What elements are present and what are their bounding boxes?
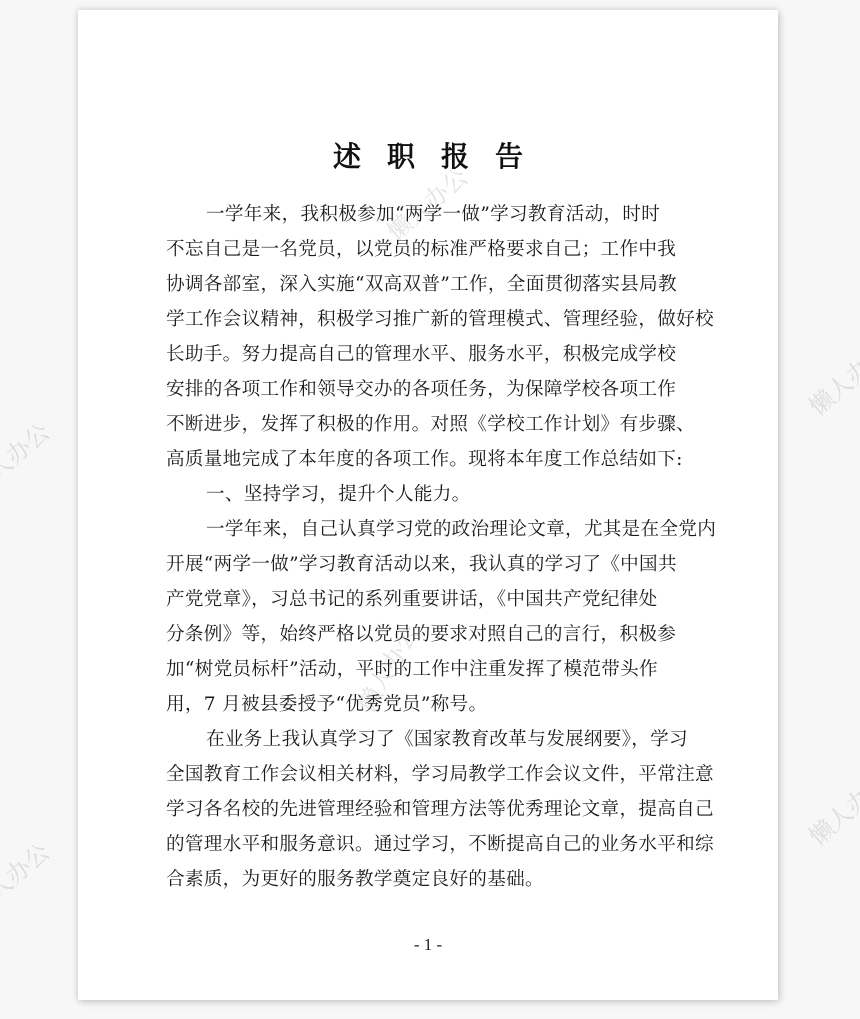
watermark-left-upper: 懒人办公 <box>0 413 56 502</box>
document-page: 懒人办公 懒人办公 述职报告 一学年来，我积极参加“两学一做”学习教育活动，时时… <box>78 10 778 1000</box>
watermark-right-upper: 懒人办公 <box>800 333 860 422</box>
body-line: 安排的各项工作和领导交办的各项任务，为保障学校各项工作 <box>166 372 681 407</box>
body-line: 全国教育工作会议相关材料，学习局教学工作会议文件，平常注意 <box>166 757 681 792</box>
body-line: 学工作会议精神，积极学习推广新的管理模式、管理经验，做好校 <box>166 302 681 337</box>
page-number: - 1 - <box>78 935 778 955</box>
body-line: 学习各名校的先进管理经验和管理方法等优秀理论文章，提高自己 <box>166 792 681 827</box>
body-line: 一学年来，自己认真学习党的政治理论文章，尤其是在全党内 <box>166 512 681 547</box>
body-line: 在业务上我认真学习了《国家教育改革与发展纲要》，学习 <box>166 722 681 757</box>
body-line: 不忘自己是一名党员，以党员的标准严格要求自己；工作中我 <box>166 232 681 267</box>
body-line: 一、坚持学习，提升个人能力。 <box>166 477 681 512</box>
body-line: 合素质，为更好的服务教学奠定良好的基础。 <box>166 862 681 897</box>
body-line: 一学年来，我积极参加“两学一做”学习教育活动，时时 <box>166 197 681 232</box>
body-line: 加“树党员标杆”活动，平时的工作中注重发挥了模范带头作 <box>166 652 681 687</box>
document-title: 述职报告 <box>78 134 778 180</box>
body-line: 协调各部室，深入实施“双高双普”工作，全面贯彻落实县局教 <box>166 267 681 302</box>
body-line: 高质量地完成了本年度的各项工作。现将本年度工作总结如下: <box>166 442 681 477</box>
body-line: 产党党章》，习总书记的系列重要讲话，《中国共产党纪律处 <box>166 582 681 617</box>
body-line: 开展“两学一做”学习教育活动以来，我认真的学习了《中国共 <box>166 547 681 582</box>
document-body: 一学年来，我积极参加“两学一做”学习教育活动，时时不忘自己是一名党员，以党员的标… <box>166 197 681 897</box>
body-line: 不断进步，发挥了积极的作用。对照《学校工作计划》有步骤、 <box>166 407 681 442</box>
body-line: 的管理水平和服务意识。通过学习，不断提高自己的业务水平和综 <box>166 827 681 862</box>
watermark-right-lower: 懒人办公 <box>800 763 860 852</box>
watermark-left-lower: 懒人办公 <box>0 833 56 922</box>
body-line: 分条例》等，始终严格以党员的要求对照自己的言行，积极参 <box>166 617 681 652</box>
body-line: 用，7 月被县委授予“优秀党员”称号。 <box>166 687 681 722</box>
body-line: 长助手。努力提高自己的管理水平、服务水平，积极完成学校 <box>166 337 681 372</box>
